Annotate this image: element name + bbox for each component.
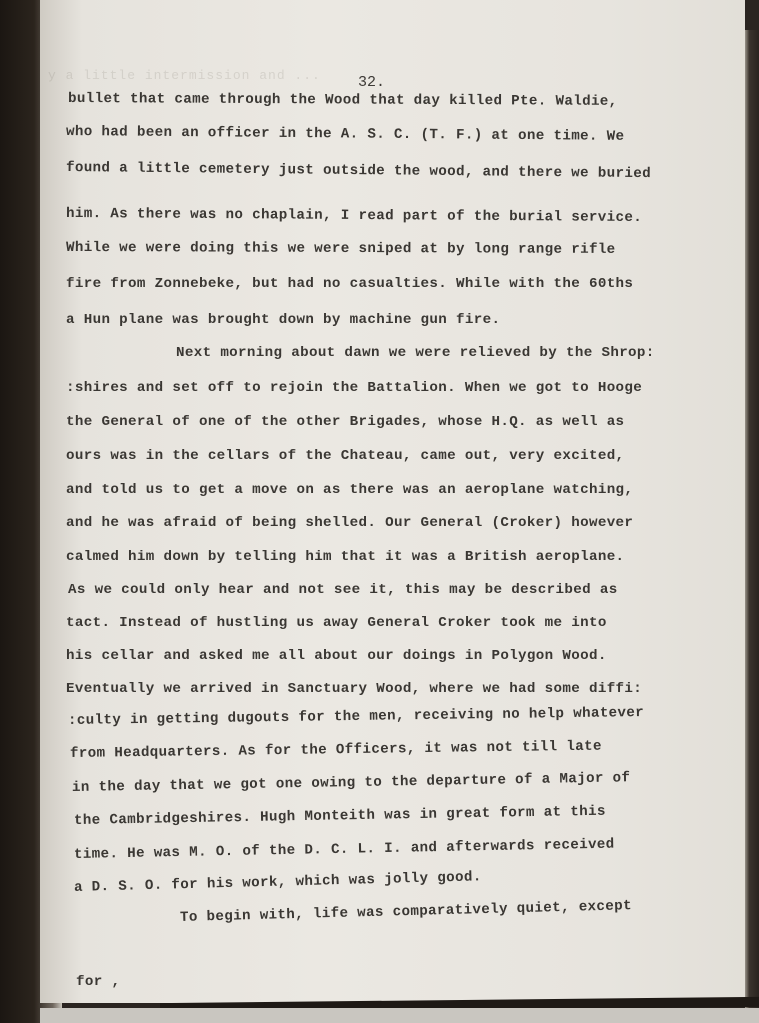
text-line: As we could only hear and not see it, th… xyxy=(68,582,618,598)
text-line: ours was in the cellars of the Chateau, … xyxy=(66,448,624,464)
text-line: :shires and set off to rejoin the Battal… xyxy=(66,380,642,396)
text-line: calmed him down by telling him that it w… xyxy=(66,549,624,565)
page-edge xyxy=(745,30,759,1015)
text-line: for , xyxy=(76,974,120,990)
text-line: Next morning about dawn we were relieved… xyxy=(176,345,655,361)
text-line: his cellar and asked me all about our do… xyxy=(66,648,607,664)
text-line: Eventually we arrived in Sanctuary Wood,… xyxy=(66,681,642,697)
background-strip xyxy=(40,1008,759,1023)
text-line: and told us to get a move on as there wa… xyxy=(66,482,633,498)
page-number: 32. xyxy=(358,74,385,91)
text-line: the General of one of the other Brigades… xyxy=(66,414,624,430)
text-line: a Hun plane was brought down by machine … xyxy=(66,312,500,328)
text-line: While we were doing this we were sniped … xyxy=(66,240,616,258)
text-line: and he was afraid of being shelled. Our … xyxy=(66,515,633,531)
text-line: bullet that came through the Wood that d… xyxy=(68,91,618,110)
bleed-through-text: y a little intermission and ... xyxy=(48,68,728,83)
text-line: tact. Instead of hustling us away Genera… xyxy=(66,615,607,631)
text-line: fire from Zonnebeke, but had no casualti… xyxy=(66,276,633,292)
